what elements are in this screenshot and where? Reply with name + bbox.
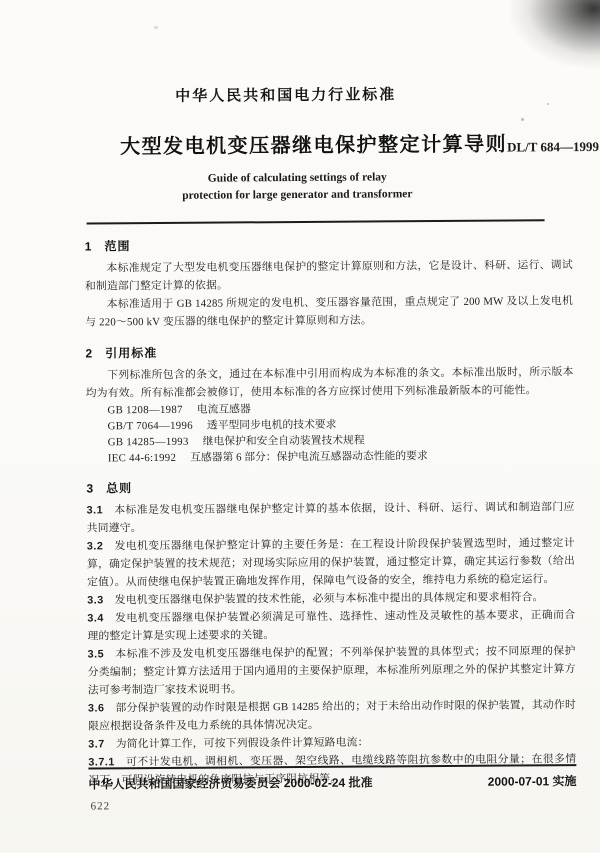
page-content-area: 中华人民共和国电力行业标准 大型发电机变压器继电保护整定计算导则 DL/T 68…	[0, 0, 600, 853]
scanned-document-page: 中华人民共和国电力行业标准 大型发电机变压器继电保护整定计算导则 DL/T 68…	[0, 0, 600, 853]
clause-text: 本标准是发电机变压器继电保护整定计算的基本依据，设计、科研、运行、调试和制造部门…	[87, 501, 575, 534]
section-title: 总则	[106, 481, 132, 495]
section-heading-general: 3总则	[86, 476, 574, 496]
standard-name: 透平型同步电机的技术要求	[207, 419, 337, 432]
title-row: 大型发电机变压器继电保护整定计算导则 DL/T 684—1999	[84, 127, 572, 159]
clause-item: 3.4发电机变压器继电保护装置必须满足可靠性、选择性、速动性及灵敏性的基本要求，…	[87, 606, 575, 645]
clause-text: 发电机变压器继电保护装置的技术性能，必须与本标准中提出的具体规定和要求相符合。	[115, 591, 544, 606]
clause-number: 3.2	[87, 540, 104, 552]
implementation-date: 2000-07-01 实施	[488, 772, 577, 790]
clause-text: 本标准不涉及发电机变压器继电保护的配置；不列举保护装置的具体型式；按不同原理的保…	[88, 645, 576, 696]
clause-item: 3.2发电机变压器继电保护整定计算的主要任务是：在工程设计阶段保护装置选型时，通…	[87, 534, 575, 591]
standard-type-heading: 中华人民共和国电力行业标准	[84, 82, 572, 106]
section-heading-scope: 1范围	[85, 234, 573, 254]
page-number: 622	[91, 800, 111, 812]
standard-name: 互感器第 6 部分：保护电流互感器动态性能的要求	[190, 450, 428, 464]
clause-number: 3.4	[87, 612, 104, 624]
clause-number: 3.3	[87, 594, 104, 606]
paragraph-scope-2: 本标准适用于 GB 14285 所规定的发电机、变压器容量范围，重点规定了 20…	[85, 292, 573, 331]
standard-number: DL/T 684—1999	[507, 139, 599, 157]
english-title: Guide of calculating settings of relay p…	[84, 168, 572, 205]
document-title: 大型发电机变压器继电保护整定计算导则	[120, 128, 507, 160]
paragraph-references-intro: 下列标准所包含的条文，通过在本标准中引用而构成为本标准的条文。本标准出版时，所示…	[86, 363, 574, 402]
section-number: 2	[85, 346, 92, 360]
approval-footer: 中华人民共和国国家经济贸易委员会 2000-02-24 批准 2000-07-0…	[88, 764, 576, 792]
clause-item: 3.6部分保护装置的动作时限是根据 GB 14285 给出的；对于未给出动作时限…	[88, 696, 576, 735]
section-number: 1	[85, 239, 92, 253]
clause-number: 3.5	[88, 648, 105, 660]
section-title: 引用标准	[105, 346, 157, 360]
section-title: 范围	[104, 239, 130, 253]
standard-code: GB/T 7064—1996	[108, 420, 193, 433]
approval-text: 中华人民共和国国家经济贸易委员会 2000-02-24 批准	[88, 774, 372, 793]
standard-code: IEC 44-6:1992	[108, 452, 176, 464]
clause-item: 3.5本标准不涉及发电机变压器继电保护的配置；不列举保护装置的具体型式；按不同原…	[88, 642, 576, 699]
clause-number: 3.7	[88, 738, 105, 750]
standard-name: 电流互感器	[197, 403, 251, 415]
clause-text: 发电机变压器继电保护整定计算的主要任务是：在工程设计阶段保护装置选型时，通过整定…	[87, 537, 575, 588]
clause-item: 3.1本标准是发电机变压器继电保护整定计算的基本依据，设计、科研、运行、调试和制…	[87, 498, 575, 537]
section-heading-references: 2引用标准	[85, 341, 573, 361]
header-divider-rule	[87, 219, 545, 224]
clause-text: 发电机变压器继电保护装置必须满足可靠性、选择性、速动性及灵敏性的基本要求，正确而…	[87, 609, 575, 642]
standard-item: IEC 44-6:1992互感器第 6 部分：保护电流互感器动态性能的要求	[86, 447, 574, 466]
standard-code: GB 14285—1993	[108, 436, 189, 449]
standard-code: GB 1208—1987	[107, 404, 182, 417]
clause-text: 部分保护装置的动作时限是根据 GB 14285 给出的；对于未给出动作时限的保护…	[88, 699, 576, 732]
section-number: 3	[86, 481, 93, 495]
paragraph-scope-1: 本标准规定了大型发电机变压器继电保护的整定计算原则和方法，它是设计、科研、运行、…	[85, 256, 573, 295]
english-title-line2: protection for large generator and trans…	[84, 186, 510, 206]
clause-number: 3.6	[88, 702, 105, 714]
clause-number: 3.1	[87, 504, 104, 516]
clause-text: 为简化计算工作，可按下列假设条件计算短路电流：	[116, 737, 369, 751]
standard-name: 继电保护和安全自动装置技术规程	[203, 435, 365, 448]
